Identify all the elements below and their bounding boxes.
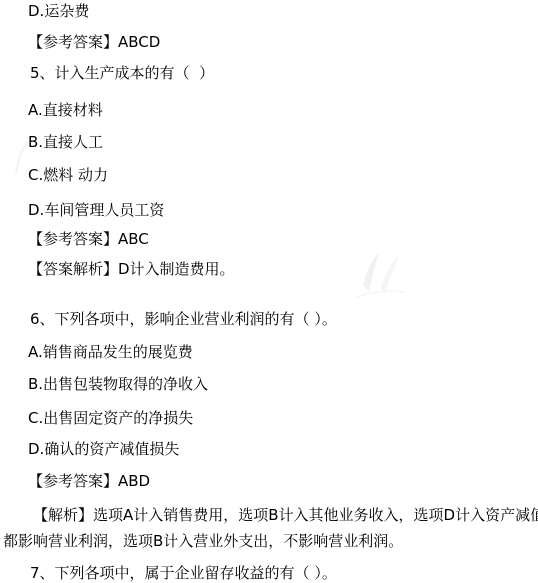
question-6-option-d: D.确认的资产减值损失 (28, 440, 179, 459)
question-4-option-d: D.运杂费 (28, 2, 89, 21)
question-5-option-a: A.直接材料 (28, 101, 103, 120)
question-5-title: 5、计入生产成本的有（ ） (30, 64, 214, 83)
question-6-title: 6、下列各项中，影响企业营业利润的有（ ）。 (30, 310, 337, 329)
question-6-answer: 【参考答案】ABD (28, 472, 150, 491)
question-5-option-d: D.车间管理人员工资 (28, 201, 164, 220)
question-6-option-b: B.出售包装物取得的净收入 (28, 375, 208, 394)
question-7-title: 7、下列各项中，属于企业留存收益的有（ ）。 (30, 564, 337, 583)
question-6-analysis-line-2: 都影响营业利润，选项B计入营业外支出，不影响营业利润。 (3, 532, 403, 551)
question-5-option-c: C.燃料 动力 (28, 166, 108, 185)
question-5-option-b: B.直接人工 (28, 133, 103, 152)
question-6-analysis-line-1: 【解析】选项A计入销售费用，选项B计入其他业务收入，选项D计入资产减值损失， (33, 506, 538, 525)
question-5-analysis: 【答案解析】D计入制造费用。 (28, 260, 235, 279)
document-page: D.运杂费 【参考答案】ABCD 5、计入生产成本的有（ ） A.直接材料 B.… (0, 0, 538, 583)
question-6-option-a: A.销售商品发生的展览费 (28, 343, 193, 362)
question-6-option-c: C.出售固定资产的净损失 (28, 409, 193, 428)
question-5-answer: 【参考答案】ABC (28, 230, 149, 249)
question-4-answer: 【参考答案】ABCD (28, 33, 160, 52)
watermark (335, 240, 455, 310)
